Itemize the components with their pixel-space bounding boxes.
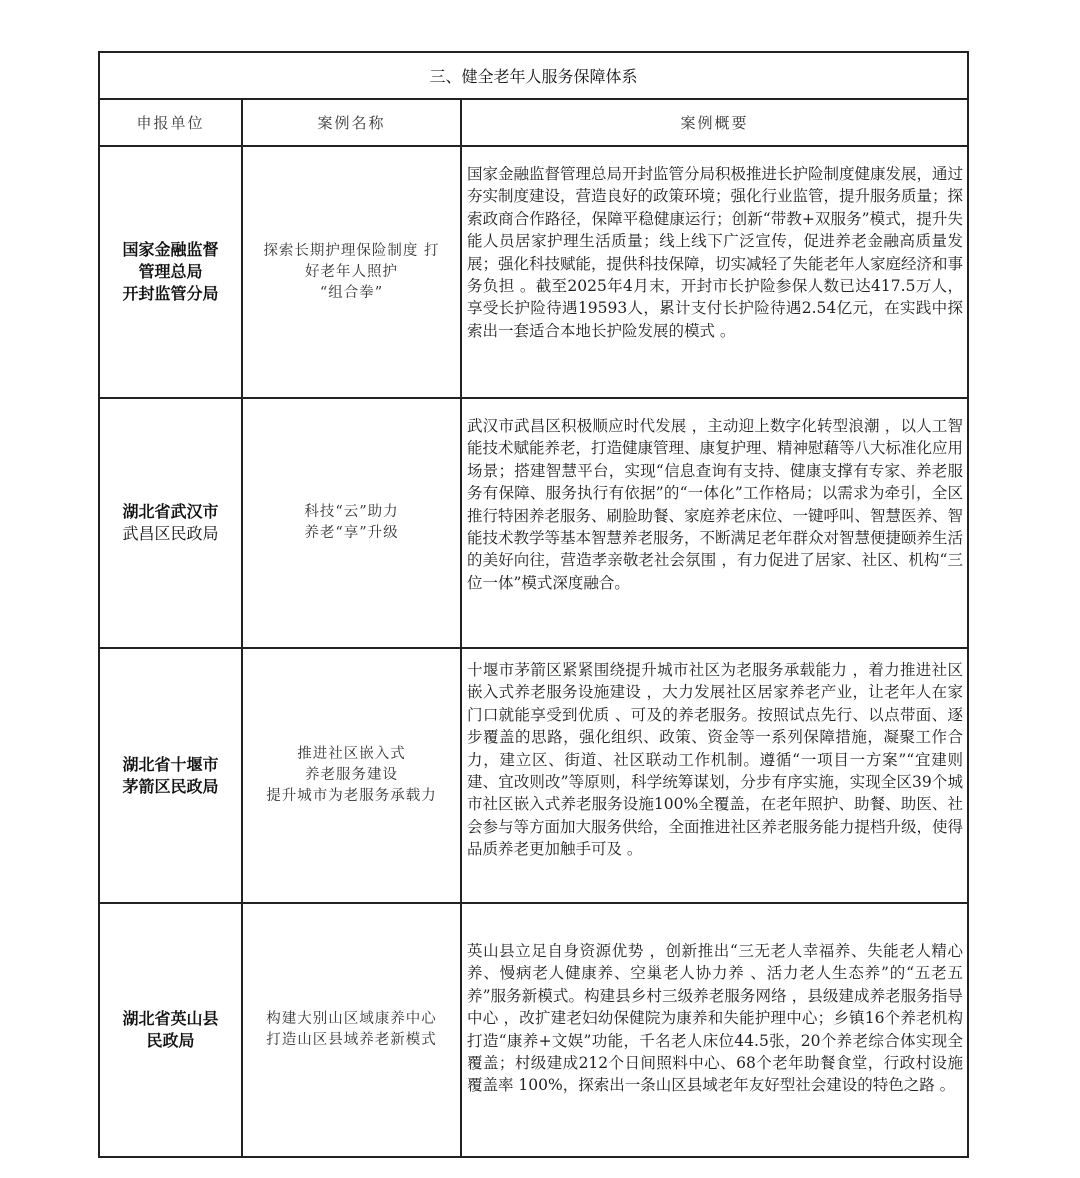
unit-cell: 湖北省武汉市 武昌区民政局: [100, 399, 243, 647]
summary-cell: 十堰市茅箭区紧紧围绕提升城市社区为老服务承载能力 ，着力推进社区嵌入式养老服务设…: [462, 649, 967, 902]
summary-cell: 国家金融监督管理总局开封监管分局积极推进长护险制度健康发展，通过夯实制度建设，营…: [462, 147, 967, 397]
unit-cell: 湖北省英山县 民政局: [100, 904, 243, 1156]
unit-cell: 湖北省十堰市 茅箭区民政局: [100, 649, 243, 902]
unit-name: 湖北省英山县 民政局: [122, 1008, 218, 1052]
table-row: 湖北省十堰市 茅箭区民政局 推进社区嵌入式 养老服务建设 提升城市为老服务承载力…: [100, 649, 967, 904]
summary-cell: 武汉市武昌区积极顺应时代发展 ，主动迎上数字化转型浪潮 ，以人工智能技术赋能养老…: [462, 399, 967, 647]
unit-name: 国家金融监督 管理总局 开封监管分局: [122, 239, 218, 305]
case-table: 三、健全老年人服务保障体系 申报单位 案例名称 案例概要 国家金融监督 管理总局…: [98, 51, 969, 1158]
unit-subname: 武昌区民政局: [122, 523, 218, 545]
header-case-name: 案例名称: [243, 100, 462, 145]
unit-name: 湖北省十堰市 茅箭区民政局: [122, 754, 218, 798]
header-row: 申报单位 案例名称 案例概要: [100, 100, 967, 147]
table-row: 湖北省武汉市 武昌区民政局 科技“云”助力 养老“享”升级 武汉市武昌区积极顺应…: [100, 399, 967, 649]
summary-cell: 英山县立足自身资源优势 ，创新推出“三无老人幸福养、失能老人精心养、慢病老人健康…: [462, 904, 967, 1156]
case-name-cell: 推进社区嵌入式 养老服务建设 提升城市为老服务承载力: [243, 649, 462, 902]
case-name-cell: 构建大别山区域康养中心 打造山区县域养老新模式: [243, 904, 462, 1156]
unit-name: 湖北省武汉市: [122, 501, 218, 523]
case-name-cell: 探索长期护理保险制度 打 好老年人照护 “组合拳”: [243, 147, 462, 397]
table-row: 湖北省英山县 民政局 构建大别山区域康养中心 打造山区县域养老新模式 英山县立足…: [100, 904, 967, 1156]
case-name-cell: 科技“云”助力 养老“享”升级: [243, 399, 462, 647]
table-row: 国家金融监督 管理总局 开封监管分局 探索长期护理保险制度 打 好老年人照护 “…: [100, 147, 967, 399]
unit-cell: 国家金融监督 管理总局 开封监管分局: [100, 147, 243, 397]
header-summary: 案例概要: [462, 100, 967, 145]
header-unit: 申报单位: [100, 100, 243, 145]
table-title: 三、健全老年人服务保障体系: [100, 53, 967, 100]
